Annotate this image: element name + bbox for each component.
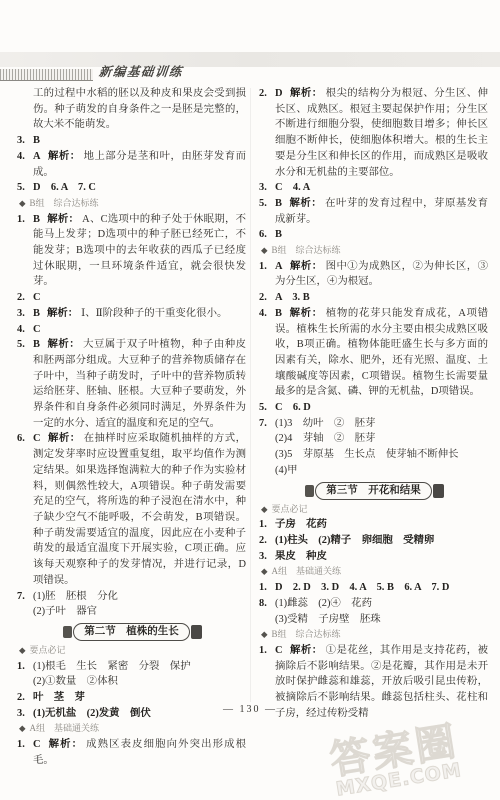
answer-item: 3.果皮 种皮 <box>259 549 488 565</box>
diamond-icon: ◆ <box>261 245 268 255</box>
analysis-label: 解析： <box>48 151 81 162</box>
answer-item: 3.B解析：Ⅰ、Ⅱ阶段种子的干重变化很小。 <box>17 306 246 322</box>
answer-line: (4)甲 <box>275 463 488 479</box>
answer-item: 2.C <box>17 290 246 306</box>
answer-item: 1.B解析：A、C选项中的种子处于休眠期，不能马上发芽；D选项中的种子胚已经死亡… <box>17 212 246 291</box>
answer-letter: 子房 花药 <box>275 519 327 530</box>
answer-item: 1.子房 花药 <box>259 517 488 533</box>
item-body: (1)胚 胚根 分化(2)子叶 器官 <box>33 589 246 620</box>
analysis-label: 解析： <box>290 645 323 656</box>
section-header-row: 第三节 开花和结果 <box>259 482 488 500</box>
analysis-label: 解析： <box>48 739 84 750</box>
section-header-row: 第二节 植株的生长 <box>17 623 246 641</box>
answer-letter: D <box>275 88 283 99</box>
group-heading: ◆要点必记 <box>259 502 488 518</box>
group-heading: ◆A组 基础通关练 <box>259 564 488 580</box>
analysis-label: 解析： <box>48 433 81 444</box>
item-body: B解析：植物的花芽只能发育成花，A项错误。植株生长所需的水分主要由根尖成熟区吸收… <box>275 306 488 400</box>
answer-item: 4.B解析：植物的花芽只能发育成花，A项错误。植株生长所需的水分主要由根尖成熟区… <box>259 306 488 400</box>
answer-item: 8.(1)雌蕊 (2)④ 花药(3)受精 子房壁 胚珠 <box>259 596 488 627</box>
page-number: — 130 — <box>0 704 500 715</box>
item-number: 7. <box>17 589 33 620</box>
diamond-icon: ◆ <box>261 566 268 576</box>
item-number: 8. <box>259 596 275 627</box>
analysis-text: 在抽样时应采取随机抽样的方式，测定发芽率时应设置重复组，取平均值作为测定结果。如… <box>33 433 246 585</box>
item-body: B <box>275 227 488 243</box>
item-body: (1)柱头 (2)精子 卵细胞 受精卵 <box>275 533 488 549</box>
item-number: 6. <box>259 227 275 243</box>
item-body: D 2. D 3. D 4. A 5. B 6. A 7. D <box>275 580 488 596</box>
section-title: 第三节 开花和结果 <box>326 485 421 496</box>
answer-letter: C 4. A <box>275 182 310 193</box>
item-body: (1)3 幼叶 ② 胚芽(2)4 芽轴 ② 胚芽(3)5 芽原基 生长点 使芽轴… <box>275 416 488 479</box>
item-body: B解析：在叶芽的发育过程中，芽原基发育成新芽。 <box>275 196 488 227</box>
answer-item: 2.(1)柱头 (2)精子 卵细胞 受精卵 <box>259 533 488 549</box>
answer-letter: B <box>275 308 282 319</box>
group-heading-label: 要点必记 <box>30 645 66 655</box>
group-heading: ◆B组 综合达标练 <box>259 243 488 259</box>
answer-item: 1.C解析：成熟区表皮细胞向外突出形成根毛。 <box>17 737 246 768</box>
answer-letter: A <box>33 151 41 162</box>
item-number: 1. <box>17 212 33 291</box>
diamond-icon: ◆ <box>261 629 268 639</box>
answer-item: 2.A 3. B <box>259 290 488 306</box>
item-body: C <box>33 290 246 306</box>
item-number: 3. <box>17 133 33 149</box>
answer-letter: B <box>33 135 40 146</box>
answer-item: 1.(1)根毛 生长 紧密 分裂 保护(2)①数量 ②体积 <box>17 659 246 690</box>
item-number: 5. <box>17 337 33 431</box>
answer-line: (1)雌蕊 (2)④ 花药 <box>275 596 488 612</box>
answer-line: (2)①数量 ②体积 <box>33 674 246 690</box>
answer-line: (2)4 芽轴 ② 胚芽 <box>275 431 488 447</box>
analysis-label: 解析： <box>47 214 79 225</box>
answer-item: 4.C <box>17 322 246 338</box>
answer-letter: C <box>275 645 283 656</box>
answer-letter: C <box>33 292 41 303</box>
group-heading: ◆A组 基础通关练 <box>17 721 246 737</box>
item-number: 1. <box>259 580 275 596</box>
group-heading-label: B组 综合达标练 <box>30 198 99 208</box>
group-heading-label: B组 综合达标练 <box>272 245 341 255</box>
item-number: 3. <box>259 549 275 565</box>
analysis-label: 解析： <box>47 339 80 350</box>
answer-letter: B <box>275 229 282 240</box>
answer-item: 6.B <box>259 227 488 243</box>
analysis-text: 植物的花芽只能发育成花，A项错误。植株生长所需的水分主要由根尖成熟区吸收，B项正… <box>275 308 488 398</box>
item-number: 3. <box>259 180 275 196</box>
analysis-label: 解析： <box>47 308 78 319</box>
book-brand-title: 新编基础训练 <box>98 62 184 80</box>
item-body: C 4. A <box>275 180 488 196</box>
answer-item: 5.D 6. A 7. C <box>17 180 246 196</box>
item-number: 2. <box>259 533 275 549</box>
answer-line: (3)受精 子房壁 胚珠 <box>275 612 488 628</box>
item-number: 2. <box>17 290 33 306</box>
answers-column-right: 2.D解析：根尖的结构分为根冠、分生区、伸长区、成熟区。根冠主要起保护作用；分生… <box>259 86 488 721</box>
item-body: B <box>33 133 246 149</box>
answer-item: 1.A解析：图中①为成熟区，②为伸长区，③为分生区，④为根冠。 <box>259 259 488 290</box>
item-number: 4. <box>259 306 275 400</box>
item-body: D 6. A 7. C <box>33 180 246 196</box>
item-number: 6. <box>17 431 33 588</box>
answer-line: (2)子叶 器官 <box>33 604 246 620</box>
group-heading: ◆要点必记 <box>17 643 246 659</box>
diamond-icon: ◆ <box>19 198 26 208</box>
section-title-box: 第三节 开花和结果 <box>315 482 432 500</box>
item-number: 1. <box>259 259 275 290</box>
answer-item: 5.C 6. D <box>259 400 488 416</box>
group-heading-label: A组 基础通关练 <box>272 566 342 576</box>
item-number: 7. <box>259 416 275 479</box>
answer-line: (3)5 芽原基 生长点 使芽轴不断伸长 <box>275 447 488 463</box>
answer-item: 4.A解析：地上部分是茎和叶，由胚芽发育而成。 <box>17 149 246 180</box>
item-body: A解析：图中①为成熟区，②为伸长区，③为分生区，④为根冠。 <box>275 259 488 290</box>
item-body: C 6. D <box>275 400 488 416</box>
answer-letter: A 3. B <box>275 292 310 303</box>
analysis-label: 解析： <box>289 308 323 319</box>
analysis-label: 解析： <box>290 261 323 272</box>
answer-letter: D 2. D 3. D 4. A 5. B 6. A 7. D <box>275 582 449 593</box>
answer-letter: A <box>275 261 283 272</box>
answer-letter: C <box>33 433 41 444</box>
watermark: 答案圈 MXQE.COM <box>293 718 500 800</box>
answer-item: 7.(1)胚 胚根 分化(2)子叶 器官 <box>17 589 246 620</box>
column-divider <box>250 88 251 702</box>
analysis-label: 解析： <box>290 88 323 99</box>
item-body: D解析：根尖的结构分为根冠、分生区、伸长区、成熟区。根冠主要起保护作用；分生区不… <box>275 86 488 180</box>
item-number: 2. <box>259 290 275 306</box>
answer-item: 1.D 2. D 3. D 4. A 5. B 6. A 7. D <box>259 580 488 596</box>
item-body: C解析：在抽样时应采取随机抽样的方式，测定发芽率时应设置重复组，取平均值作为测定… <box>33 431 246 588</box>
group-heading-label: A组 基础通关练 <box>30 723 100 733</box>
group-heading-label: 要点必记 <box>272 504 308 514</box>
answer-letter: B <box>33 339 40 350</box>
answer-item: 5.B解析：在叶芽的发育过程中，芽原基发育成新芽。 <box>259 196 488 227</box>
answer-item: 3.B <box>17 133 246 149</box>
analysis-text: 根尖的结构分为根冠、分生区、伸长区、成熟区。根冠主要起保护作用；分生区不断进行细… <box>275 88 488 178</box>
item-number: 5. <box>259 196 275 227</box>
scan-shading-band <box>0 52 500 67</box>
answer-letter: 果皮 种皮 <box>275 551 327 562</box>
answer-line: (1)根毛 生长 紧密 分裂 保护 <box>33 659 246 675</box>
answer-letter: C 6. D <box>275 402 311 413</box>
answer-line: (1)胚 胚根 分化 <box>33 589 246 605</box>
section-title: 第二节 植株的生长 <box>84 626 179 637</box>
item-body: (1)根毛 生长 紧密 分裂 保护(2)①数量 ②体积 <box>33 659 246 690</box>
analysis-text: Ⅰ、Ⅱ阶段种子的干重变化很小。 <box>81 308 227 319</box>
answer-item: 2.D解析：根尖的结构分为根冠、分生区、伸长区、成熟区。根冠主要起保护作用；分生… <box>259 86 488 180</box>
answer-letter: B <box>33 214 40 225</box>
header-hatch-decoration <box>0 69 93 81</box>
answer-item: 6.C解析：在抽样时应采取随机抽样的方式，测定发芽率时应设置重复组，取平均值作为… <box>17 431 246 588</box>
item-number: 4. <box>17 322 33 338</box>
group-heading: ◆B组 综合达标练 <box>17 196 246 212</box>
answer-letter: C <box>33 739 41 750</box>
item-body: B解析：Ⅰ、Ⅱ阶段种子的干重变化很小。 <box>33 306 246 322</box>
item-body: (1)雌蕊 (2)④ 花药(3)受精 子房壁 胚珠 <box>275 596 488 627</box>
diamond-icon: ◆ <box>19 645 26 655</box>
item-body: A 3. B <box>275 290 488 306</box>
item-body: B解析：A、C选项中的种子处于休眠期，不能马上发芽；D选项中的种子胚已经死亡，不… <box>33 212 246 291</box>
item-number: 4. <box>17 149 33 180</box>
answer-letter: (1)柱头 (2)精子 卵细胞 受精卵 <box>275 535 434 546</box>
item-body: 果皮 种皮 <box>275 549 488 565</box>
answer-letter: C <box>33 324 41 335</box>
item-number: 1. <box>17 737 33 768</box>
item-number: 2. <box>259 86 275 180</box>
answer-item: 5.B解析：大豆属于双子叶植物，种子由种皮和胚两部分组成。大豆种子的营养物质储存… <box>17 337 246 431</box>
section-title-box: 第二节 植株的生长 <box>73 623 190 641</box>
diamond-icon: ◆ <box>261 504 268 514</box>
answer-letter: D 6. A 7. C <box>33 182 96 193</box>
item-number: 1. <box>259 517 275 533</box>
answer-letter: 叶 茎 芽 <box>33 692 85 703</box>
item-body: 子房 花药 <box>275 517 488 533</box>
item-body: C解析：成熟区表皮细胞向外突出形成根毛。 <box>33 737 246 768</box>
diamond-icon: ◆ <box>19 723 26 733</box>
answer-letter: B <box>33 308 40 319</box>
analysis-label: 解析： <box>289 198 322 209</box>
answer-letter: B <box>275 198 282 209</box>
group-heading-label: B组 综合达标练 <box>272 629 341 639</box>
item-number: 3. <box>17 306 33 322</box>
item-number: 1. <box>17 659 33 690</box>
answer-item: 3.C 4. A <box>259 180 488 196</box>
item-body: B解析：大豆属于双子叶植物，种子由种皮和胚两部分组成。大豆种子的营养物质储存在子… <box>33 337 246 431</box>
analysis-text: 大豆属于双子叶植物，种子由种皮和胚两部分组成。大豆种子的营养物质储存在子叶中，当… <box>33 339 246 429</box>
item-body: A解析：地上部分是茎和叶，由胚芽发育而成。 <box>33 149 246 180</box>
continuation-text: 工的过程中水稻的胚以及种皮和果皮会受到损伤。种子萌发的自身条件之一是胚是完整的，… <box>33 86 246 133</box>
answer-item: 7.(1)3 幼叶 ② 胚芽(2)4 芽轴 ② 胚芽(3)5 芽原基 生长点 使… <box>259 416 488 479</box>
item-number: 5. <box>259 400 275 416</box>
item-body: C <box>33 322 246 338</box>
answer-line: (1)3 幼叶 ② 胚芽 <box>275 416 488 432</box>
answers-column-left: 工的过程中水稻的胚以及种皮和果皮会受到损伤。种子萌发的自身条件之一是胚是完整的，… <box>17 86 246 769</box>
item-number: 5. <box>17 180 33 196</box>
group-heading: ◆B组 综合达标练 <box>259 627 488 643</box>
